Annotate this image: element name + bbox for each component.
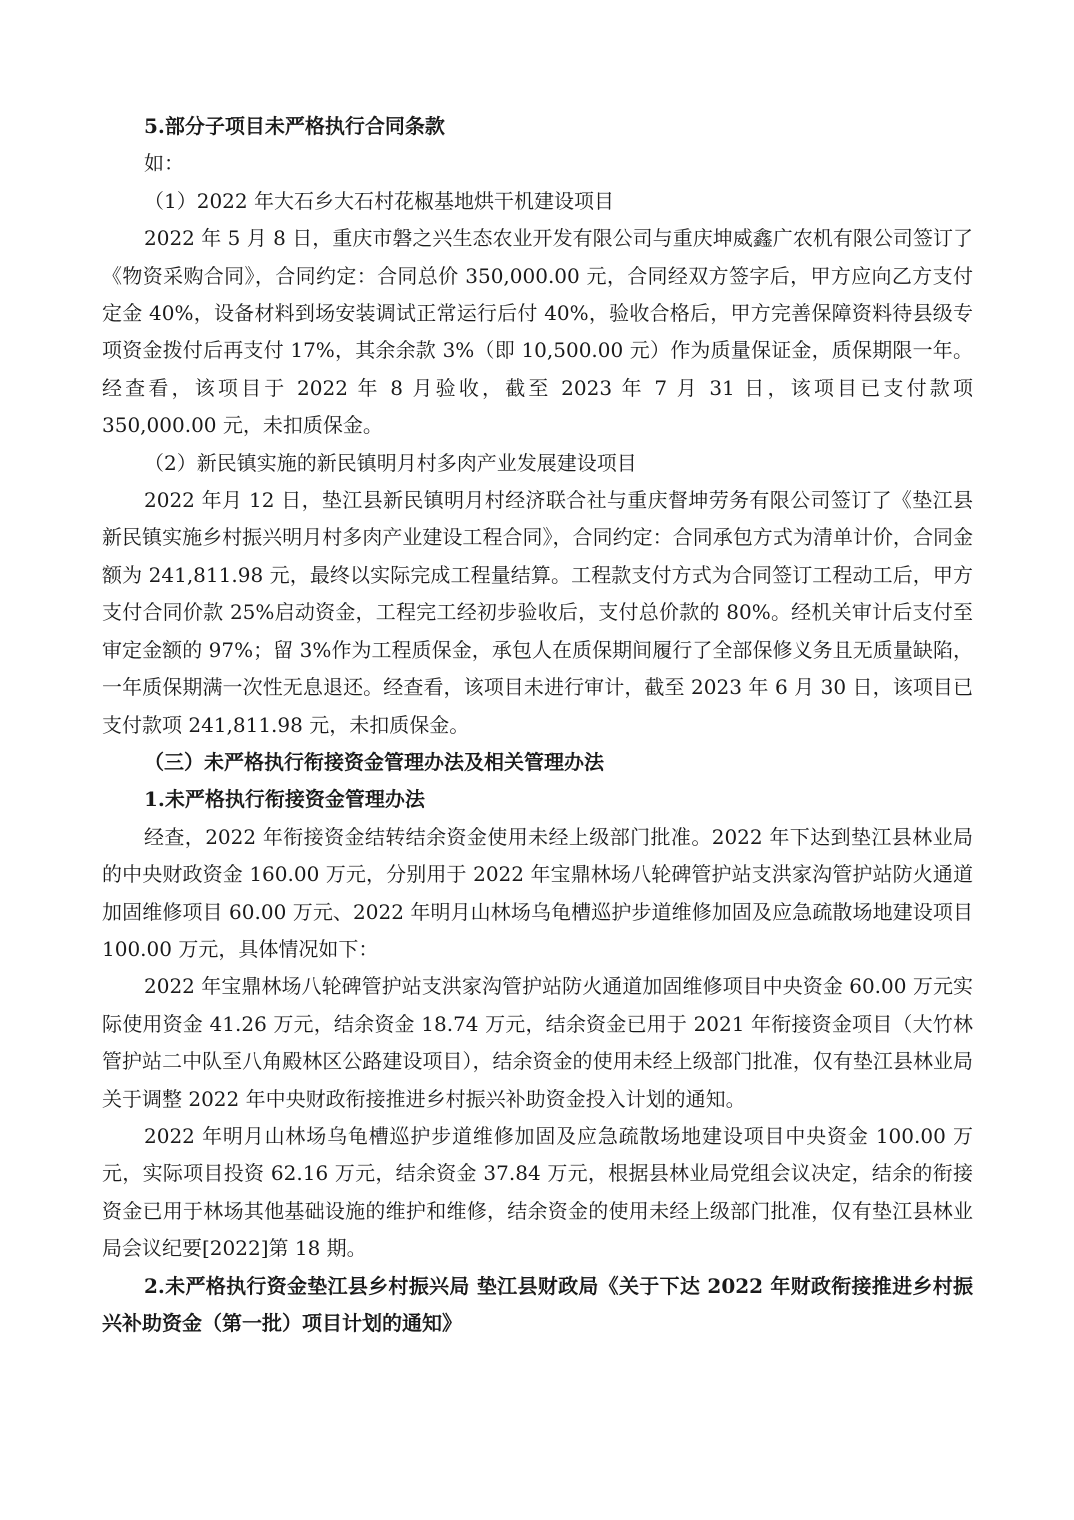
paragraph-funds-overview: 经查，2022 年衔接资金结转结余资金使用未经上级部门批准。2022 年下达到垫… — [102, 819, 973, 969]
paragraph-project-2: 2022 年月 12 日，垫江县新民镇明月村经济联合社与重庆督坤劳务有限公司签订… — [102, 482, 973, 744]
paragraph-mingyueshan-project: 2022 年明月山林场乌龟槽巡护步道维修加固及应急疏散场地建设项目中央资金 10… — [102, 1118, 973, 1268]
paragraph-baoding-project: 2022 年宝鼎林场八轮碑管护站支洪家沟管护站防火通道加固维修项目中央资金 60… — [102, 968, 973, 1118]
subheading-project-1: （1）2022 年大石乡大石村花椒基地烘干机建设项目 — [102, 183, 973, 220]
document-page: 5.部分子项目未严格执行合同条款 如： （1）2022 年大石乡大石村花椒基地烘… — [102, 108, 973, 1342]
paragraph-project-1: 2022 年 5 月 8 日，重庆市磐之兴生态农业开发有限公司与重庆坤威鑫广农机… — [102, 220, 973, 444]
subheading-project-2: （2）新民镇实施的新民镇明月村多肉产业发展建设项目 — [102, 445, 973, 482]
section-heading-5: 5.部分子项目未严格执行合同条款 — [102, 108, 973, 145]
section-heading-3: （三）未严格执行衔接资金管理办法及相关管理办法 — [102, 744, 973, 781]
example-label: 如： — [102, 145, 973, 182]
section-heading-2: 2.未严格执行资金垫江县乡村振兴局 垫江县财政局《关于下达 2022 年财政衔接… — [102, 1268, 973, 1343]
section-heading-1: 1.未严格执行衔接资金管理办法 — [102, 781, 973, 818]
